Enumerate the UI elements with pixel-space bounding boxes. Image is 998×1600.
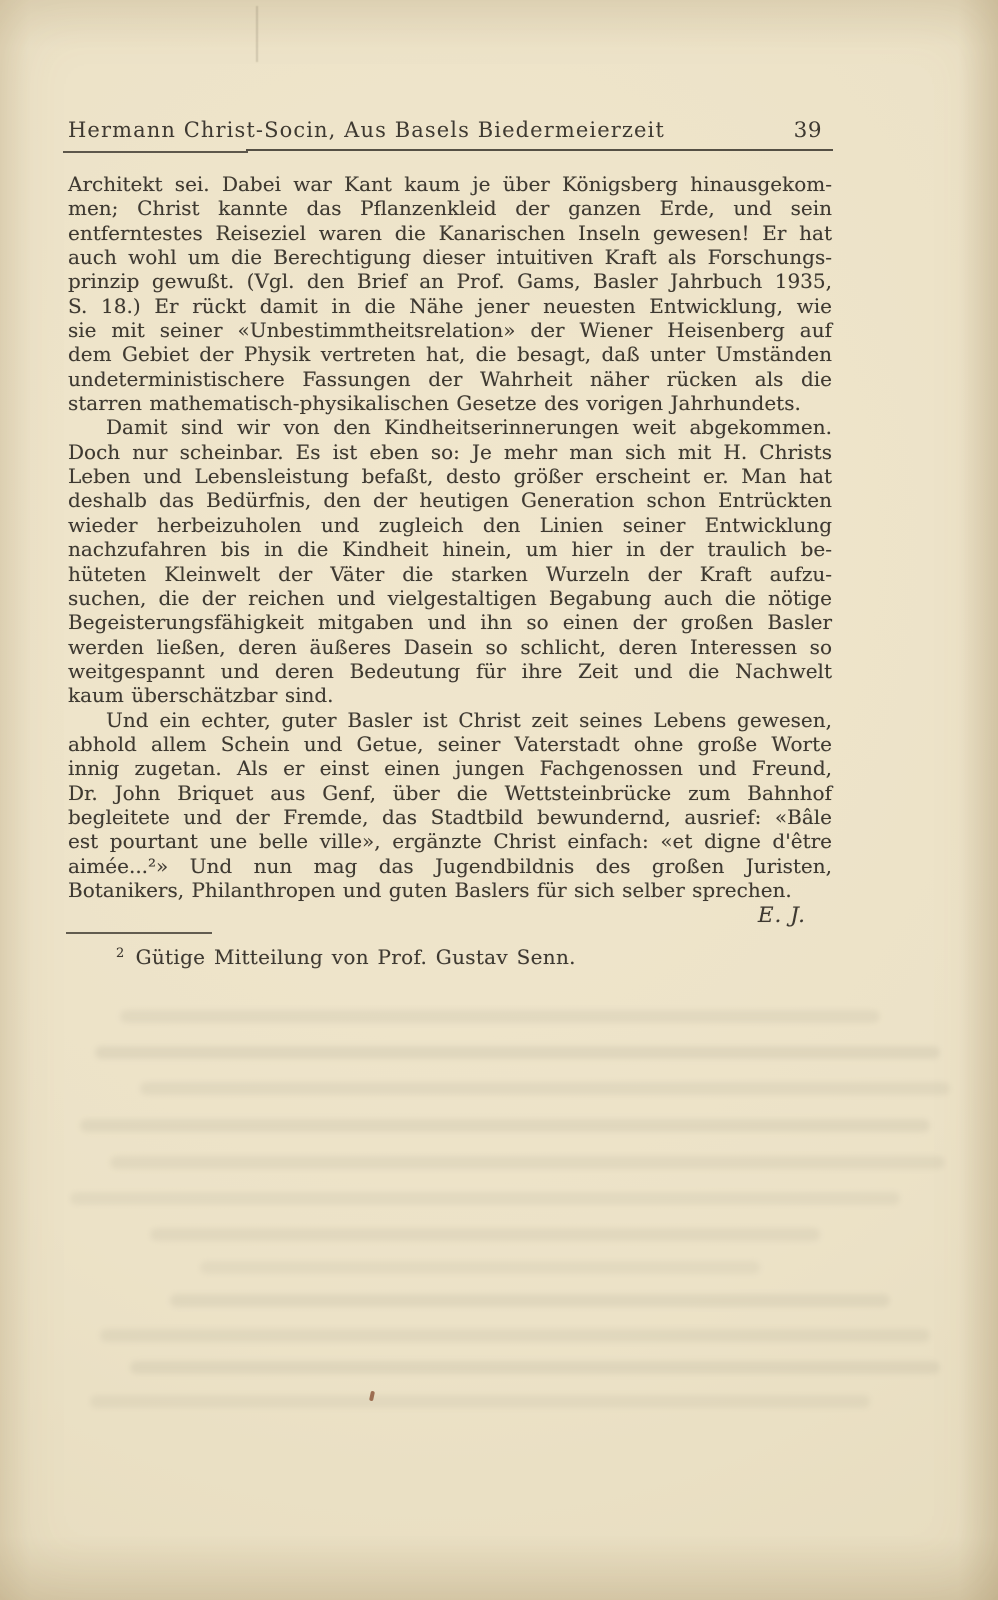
bleed-through-line bbox=[110, 1156, 945, 1169]
text-line: starren mathematisch-physikalischen Gese… bbox=[68, 391, 832, 415]
text-line: prinzip gewußt. (Vgl. den Brief an Prof.… bbox=[68, 269, 832, 293]
text-line: begleitete und der Fremde, das Stadtbild… bbox=[68, 805, 832, 829]
bleed-through-line bbox=[95, 1046, 940, 1059]
text-line: Botanikers, Philanthropen und guten Basl… bbox=[68, 878, 832, 902]
bleed-through-line bbox=[170, 1294, 890, 1307]
text-line: deshalb das Bedürfnis, den der heutigen … bbox=[68, 488, 832, 512]
text-line: S. 18.) Er rückt damit in die Nähe jener… bbox=[68, 294, 832, 318]
footnote-text: Gütige Mitteilung von Prof. Gustav Senn. bbox=[136, 945, 576, 969]
text-line: aimée...²» Und nun mag das Jugendbildnis… bbox=[68, 854, 832, 878]
text-line: Begeisterungsfähigkeit mitgaben und ihn … bbox=[68, 610, 832, 634]
text-line: dem Gebiet der Physik vertreten hat, die… bbox=[68, 342, 832, 366]
text-line: Leben und Lebensleistung befaßt, desto g… bbox=[68, 464, 832, 488]
text-line: undeterministischere Fassungen der Wahrh… bbox=[68, 367, 832, 391]
page-header: Hermann Christ-Socin, Aus Basels Biederm… bbox=[68, 118, 832, 143]
footnote-marker: 2 bbox=[116, 946, 125, 961]
text-line: sie mit seiner «Unbestimmtheitsrelation»… bbox=[68, 318, 832, 342]
text-line: kaum überschätzbar sind. bbox=[68, 683, 832, 707]
text-line: hüteten Kleinwelt der Väter die starken … bbox=[68, 562, 832, 586]
bleed-through-line bbox=[150, 1228, 820, 1241]
header-rule bbox=[246, 149, 833, 152]
bleed-through-line bbox=[80, 1119, 930, 1132]
text-line: auch wohl um die Berechtigung dieser int… bbox=[68, 245, 832, 269]
text-line: suchen, die der reichen und vielgestalti… bbox=[68, 586, 832, 610]
text-line: men; Christ kannte das Pflanzenkleid der… bbox=[68, 196, 832, 220]
text-line: Doch nur scheinbar. Es ist eben so: Je m… bbox=[68, 440, 832, 464]
text-line: nachzufahren bis in die Kindheit hinein,… bbox=[68, 537, 832, 561]
header-rule-left-segment bbox=[63, 151, 248, 153]
page-number: 39 bbox=[794, 118, 832, 143]
bleed-through-line bbox=[70, 1192, 900, 1205]
text-line: innig zugetan. Als er einst einen jungen… bbox=[68, 756, 832, 780]
text-line: Dr. John Briquet aus Genf, über die Wett… bbox=[68, 781, 832, 805]
paper-speck bbox=[369, 1391, 375, 1402]
text-line: Und ein echter, guter Basler ist Christ … bbox=[68, 708, 832, 732]
running-head-title: Hermann Christ-Socin, Aus Basels Biederm… bbox=[68, 118, 665, 142]
text-line: wieder herbeizuholen und zugleich den Li… bbox=[68, 513, 832, 537]
bleed-through-line bbox=[200, 1261, 760, 1274]
bleed-through-line bbox=[90, 1395, 870, 1408]
bleed-through-line bbox=[120, 1010, 880, 1023]
text-line: weitgespannt und deren Bedeutung für ihr… bbox=[68, 659, 832, 683]
text-line: werden ließen, deren äußeres Dasein so s… bbox=[68, 635, 832, 659]
bleed-through-line bbox=[130, 1361, 940, 1374]
text-line: Damit sind wir von den Kindheitserinneru… bbox=[68, 415, 832, 439]
text-line: abhold allem Schein und Getue, seiner Va… bbox=[68, 732, 832, 756]
paper-crease-mark bbox=[256, 6, 258, 62]
body-text: Architekt sei. Dabei war Kant kaum je üb… bbox=[68, 172, 832, 902]
scanned-book-page: Hermann Christ-Socin, Aus Basels Biederm… bbox=[0, 0, 998, 1600]
bleed-through-line bbox=[100, 1329, 930, 1342]
author-initials: E. J. bbox=[68, 903, 832, 928]
footnote: 2Gütige Mitteilung von Prof. Gustav Senn… bbox=[68, 941, 832, 970]
text-line: entferntestes Reiseziel waren die Kanari… bbox=[68, 221, 832, 245]
text-line: Architekt sei. Dabei war Kant kaum je üb… bbox=[68, 172, 832, 196]
text-line: est pourtant une belle ville», ergänzte … bbox=[68, 829, 832, 853]
bleed-through-line bbox=[140, 1082, 950, 1095]
footnote-separator-rule bbox=[66, 932, 212, 934]
